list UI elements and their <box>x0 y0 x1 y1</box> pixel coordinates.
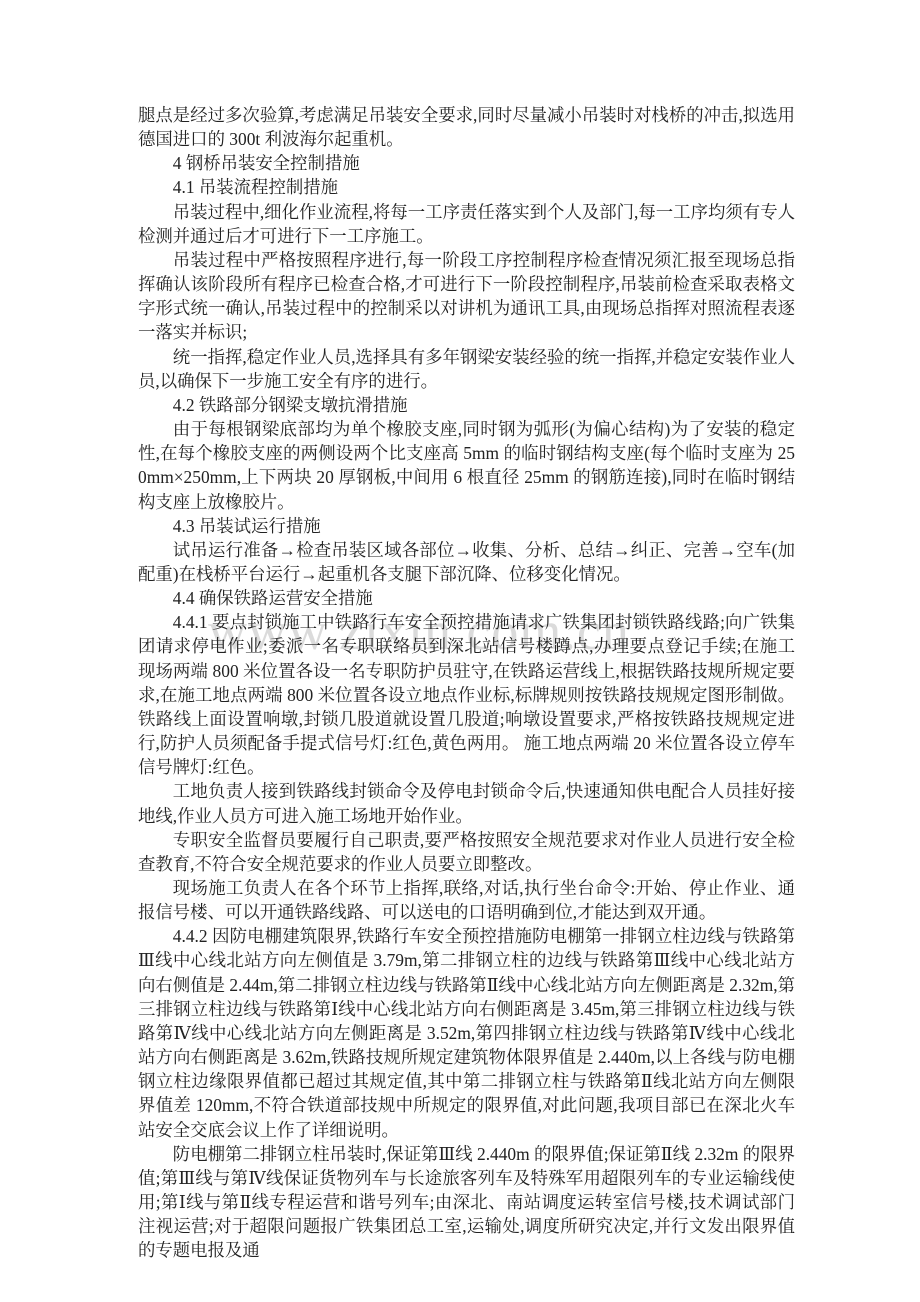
paragraph: 统一指挥,稳定作业人员,选择具有多年钢梁安装经验的统一指挥,并稳定安装作业人员,… <box>138 345 795 393</box>
paragraph: 由于每根钢梁底部均为单个橡胶支座,同时钢为弧形(为偏心结构)为了安装的稳定性,在… <box>138 417 795 514</box>
paragraph: 4.4.1 要点封锁施工中铁路行车安全预控措施请求广铁集团封锁铁路线路;向广铁集… <box>138 610 795 779</box>
paragraph: 专职安全监督员要履行自己职责,要严格按照安全规范要求对作业人员进行安全检查教育,… <box>138 828 795 876</box>
paragraph: 工地负责人接到铁路线封锁命令及停电封锁命令后,快速通知供电配合人员挂好接地线,作… <box>138 779 795 827</box>
section-heading: 4.1 吊装流程控制措施 <box>138 175 795 199</box>
paragraph: 试吊运行准备→检查吊装区域各部位→收集、分析、总结→纠正、完善→空车(加配重)在… <box>138 538 795 586</box>
paragraph: 吊装过程中严格按照程序进行,每一阶段工序控制程序检查情况须汇报至现场总指挥确认该… <box>138 248 795 345</box>
paragraph: 防电棚第二排钢立柱吊装时,保证第Ⅲ线 2.440m 的限界值;保证第Ⅱ线 2.3… <box>138 1142 795 1263</box>
section-heading: 4.3 吊装试运行措施 <box>138 514 795 538</box>
paragraph: 腿点是经过多次验算,考虑满足吊装安全要求,同时尽量减小吊装时对栈桥的冲击,拟选用… <box>138 103 795 151</box>
document-content: 腿点是经过多次验算,考虑满足吊装安全要求,同时尽量减小吊装时对栈桥的冲击,拟选用… <box>138 103 795 1263</box>
paragraph: 4.4.2 因防电棚建筑限界,铁路行车安全预控措施防电棚第一排钢立柱边线与铁路第… <box>138 924 795 1141</box>
section-heading: 4.2 铁路部分钢梁支墩抗滑措施 <box>138 393 795 417</box>
paragraph: 现场施工负责人在各个环节上指挥,联络,对话,执行坐台命令:开始、停止作业、通报信… <box>138 876 795 924</box>
section-heading: 4 钢桥吊装安全控制措施 <box>138 151 795 175</box>
paragraph: 吊装过程中,细化作业流程,将每一工序责任落实到个人及部门,每一工序均须有专人检测… <box>138 200 795 248</box>
section-heading: 4.4 确保铁路运营安全措施 <box>138 586 795 610</box>
document-page: www.zixin.com.cn 腿点是经过多次验算,考虑满足吊装安全要求,同时… <box>0 0 920 1302</box>
